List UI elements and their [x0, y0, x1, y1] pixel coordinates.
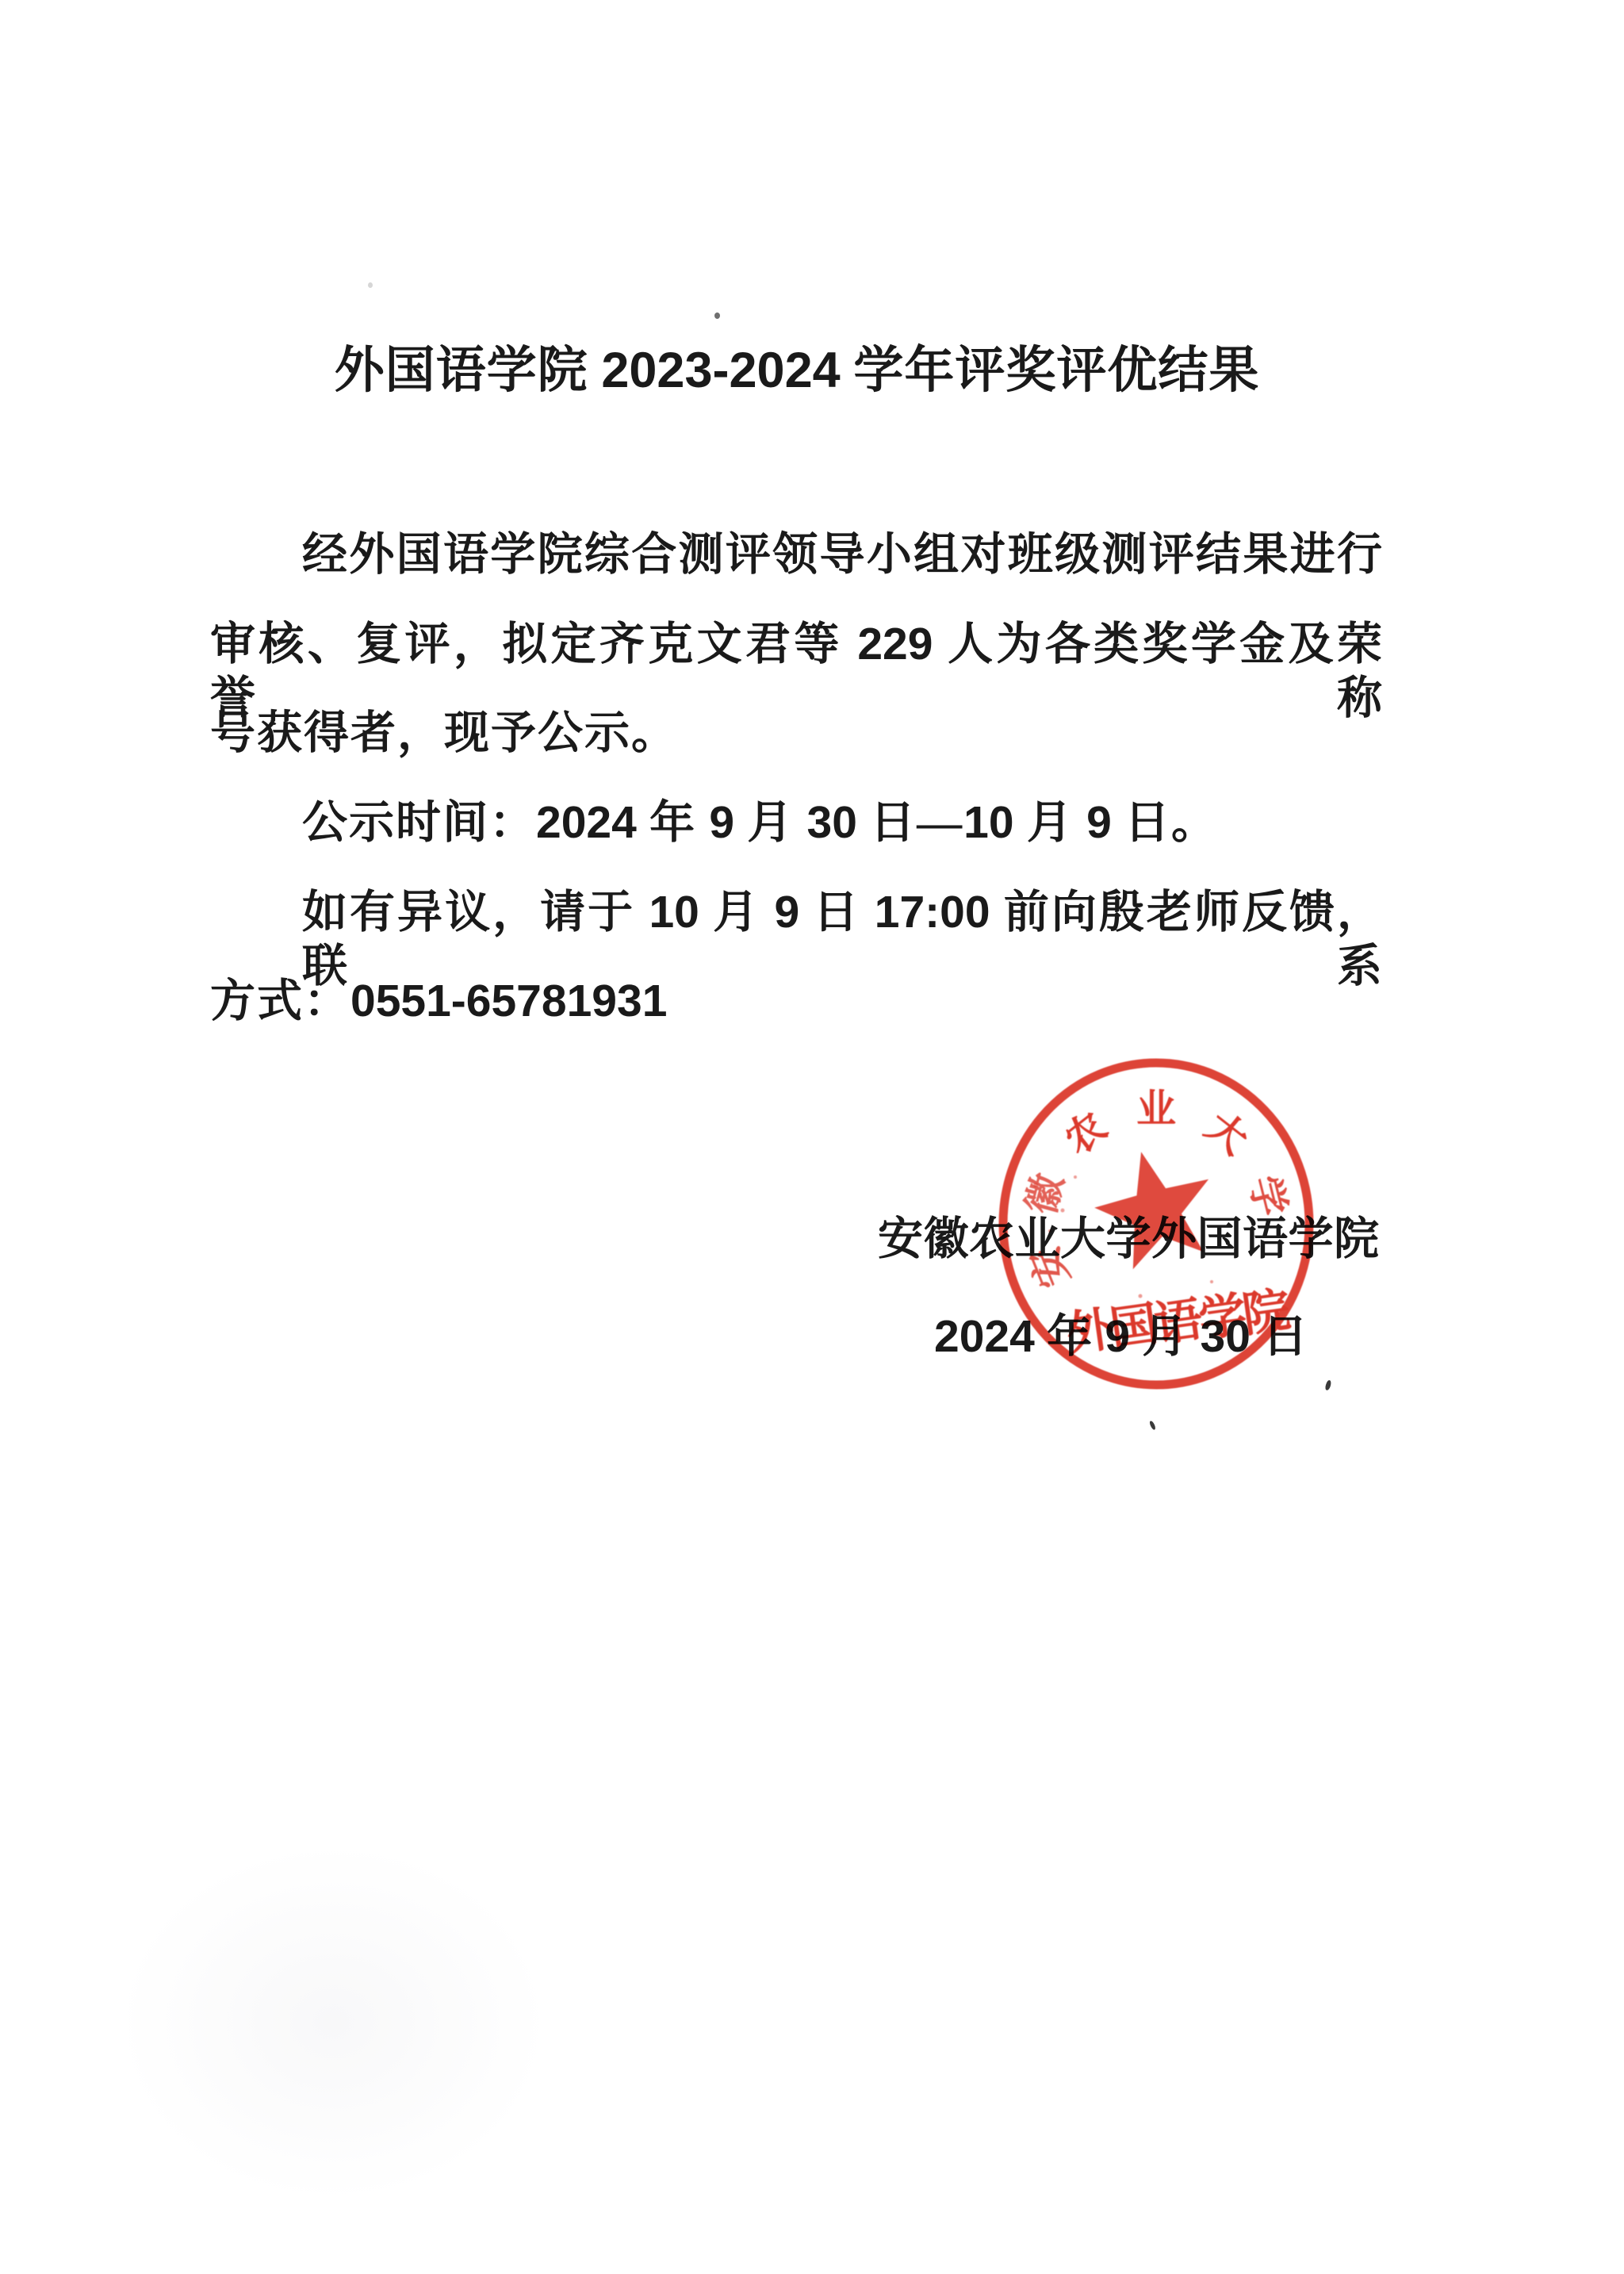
- svg-text:农: 农: [1056, 1103, 1115, 1163]
- body-line-2: 审核、复评，拟定齐克文君等 229 人为各类奖学金及荣誉称: [210, 617, 1384, 671]
- svg-text:大: 大: [1197, 1103, 1256, 1163]
- svg-text:业: 业: [1136, 1087, 1176, 1131]
- seal-star-icon: [1094, 1152, 1208, 1269]
- svg-text:安: 安: [1021, 1241, 1078, 1294]
- document-title: 外国语学院 2023-2024 学年评奖评优结果: [210, 343, 1384, 398]
- body-line-1: 经外国语学院综合测评领导小组对班级测评结果进行: [210, 528, 1384, 582]
- body-line-4: 公示时间：2024 年 9 月 30 日—10 月 9 日。: [210, 796, 1384, 849]
- official-seal: 安 徽 农 业 大 学 外 国 语 学 院: [974, 1044, 1339, 1409]
- body-line-5: 如有异议，请于 10 月 9 日 17:00 前向殷老师反馈，联系: [210, 885, 1384, 939]
- scan-speck: [1149, 1421, 1156, 1431]
- scan-speck: [368, 282, 373, 288]
- body-line-6: 方式：0551-65781931: [210, 974, 1384, 1028]
- scan-speck: [714, 313, 720, 319]
- body-line-3: 号获得者，现予公示。: [210, 707, 1384, 761]
- scan-noise-blob: [48, 1785, 619, 2261]
- svg-text:学: 学: [1241, 1172, 1293, 1221]
- scanned-document-page: 外国语学院 2023-2024 学年评奖评优结果 经外国语学院综合测评领导小组对…: [0, 0, 1624, 2274]
- seal-bottom-text: 外 国 语 学 院: [1063, 1283, 1294, 1361]
- svg-text:院: 院: [1239, 1283, 1294, 1342]
